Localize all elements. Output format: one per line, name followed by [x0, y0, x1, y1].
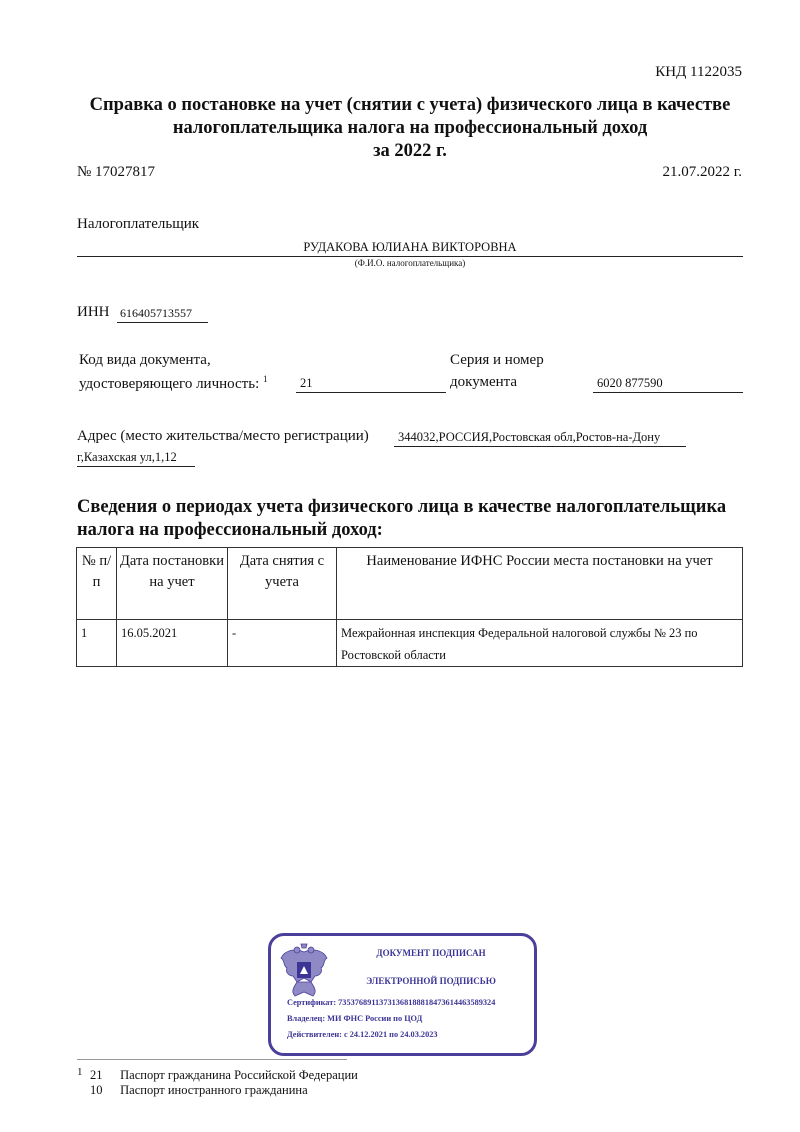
cell-index: 1	[77, 620, 117, 667]
table-row: 1 16.05.2021 - Межрайонная инспекция Фед…	[77, 620, 743, 667]
address-line-2: г,Казахская ул,1,12	[77, 450, 195, 467]
title-line: налогоплательщика налога на профессионал…	[60, 117, 760, 140]
doc-code-value: 21	[296, 376, 446, 393]
title-line: Справка о постановке на учет (снятии с у…	[60, 94, 760, 117]
footnote-divider	[77, 1059, 347, 1060]
coat-of-arms-icon	[277, 942, 331, 1000]
periods-table: № п/п Дата постановки на учет Дата сняти…	[76, 547, 743, 667]
taxpayer-name-caption: (Ф.И.О. налогоплательщика)	[77, 258, 743, 268]
stamp-certificate: Сертификат: 7353768911373136818881847361…	[287, 998, 495, 1007]
address-label: Адрес (место жительства/место регистраци…	[77, 428, 369, 445]
form-code: КНД 1122035	[655, 64, 742, 81]
section-title-line: налога на профессиональный доход:	[77, 519, 757, 542]
electronic-signature-stamp: ДОКУМЕНТ ПОДПИСАН ЭЛЕКТРОННОЙ ПОДПИСЬЮ С…	[268, 933, 537, 1056]
stamp-subtitle: ЭЛЕКТРОННОЙ ПОДПИСЬЮ	[331, 976, 531, 986]
inn-label: ИНН	[77, 304, 110, 321]
doc-code-label-text: удостоверяющего личность:	[79, 376, 259, 392]
periods-section-title: Сведения о периодах учета физического ли…	[77, 496, 757, 542]
taxpayer-name: РУДАКОВА ЮЛИАНА ВИКТОРОВНА	[77, 240, 743, 257]
document-number: № 17027817	[77, 164, 155, 181]
footnote-ref: 1	[263, 374, 268, 384]
stamp-owner: Владелец: МИ ФНС России по ЦОД	[287, 1014, 422, 1023]
stamp-validity: Действителен: с 24.12.2021 по 24.03.2023	[287, 1030, 438, 1039]
cell-registered: 16.05.2021	[117, 620, 228, 667]
col-deregistered: Дата снятия с учета	[228, 548, 337, 620]
doc-code-label-2: удостоверяющего личность: 1	[79, 374, 268, 393]
footnote-code: 21	[90, 1068, 117, 1083]
series-label: Серия и номер	[450, 352, 544, 369]
series-number-value: 6020 877590	[593, 376, 743, 393]
footnote-code: 10	[90, 1083, 117, 1098]
table-header-row: № п/п Дата постановки на учет Дата сняти…	[77, 548, 743, 620]
section-title-line: Сведения о периодах учета физического ли…	[77, 496, 757, 519]
stamp-title: ДОКУМЕНТ ПОДПИСАН	[331, 948, 531, 958]
col-registered: Дата постановки на учет	[117, 548, 228, 620]
col-inspection: Наименование ИФНС России места постановк…	[337, 548, 743, 620]
series-label-2: документа	[450, 374, 517, 391]
footnote-text: Паспорт гражданина Российской Федерации	[120, 1068, 358, 1082]
footnote-item: 21 Паспорт гражданина Российской Федерац…	[90, 1068, 358, 1083]
footnote-text: Паспорт иностранного гражданина	[120, 1083, 308, 1097]
footnote-mark: 1	[77, 1066, 83, 1078]
address-line-1: 344032,РОССИЯ,Ростовская обл,Ростов-на-Д…	[394, 430, 686, 447]
inn-value: 616405713557	[117, 306, 208, 323]
title-year: за 2022 г.	[60, 140, 760, 163]
doc-code-label: Код вида документа,	[79, 352, 211, 369]
document-title: Справка о постановке на учет (снятии с у…	[60, 94, 760, 163]
document-date: 21.07.2022 г.	[663, 164, 742, 181]
footnote-item: 10 Паспорт иностранного гражданина	[90, 1083, 308, 1098]
col-index: № п/п	[77, 548, 117, 620]
taxpayer-label: Налогоплательщик	[77, 216, 199, 233]
cell-deregistered: -	[228, 620, 337, 667]
cell-inspection: Межрайонная инспекция Федеральной налого…	[337, 620, 743, 667]
